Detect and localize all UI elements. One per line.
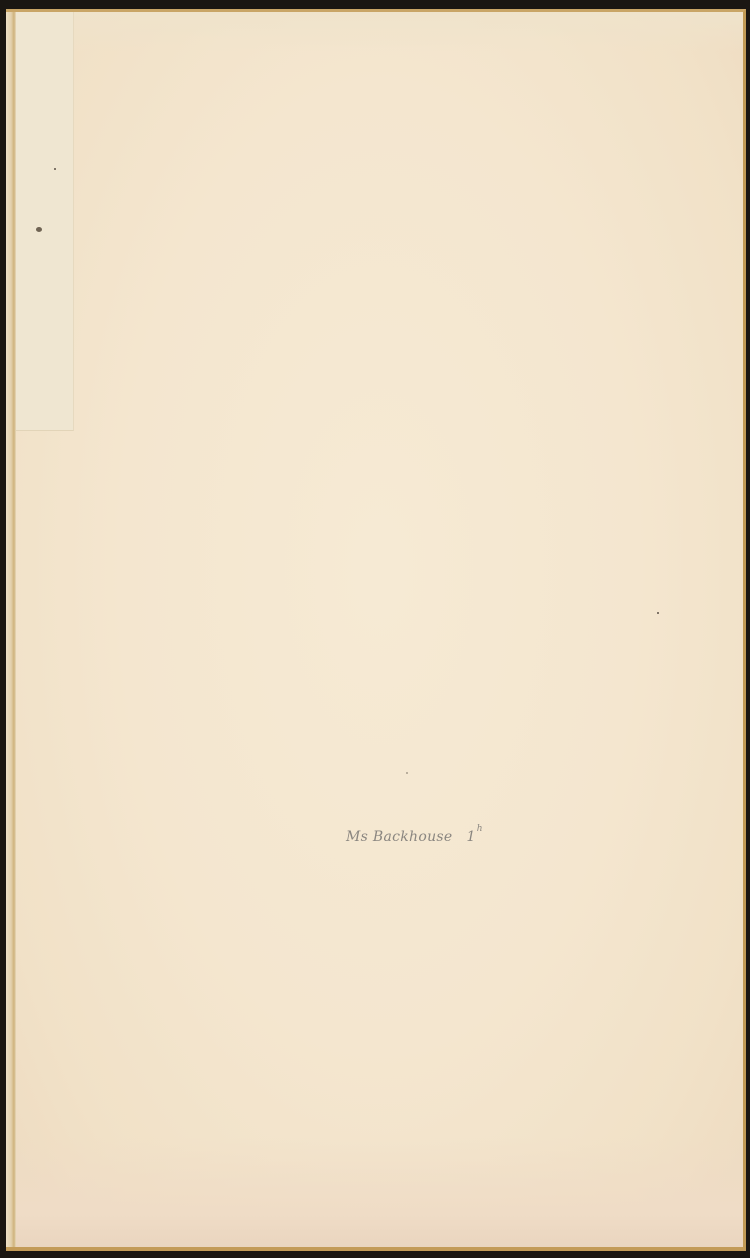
paper-speck xyxy=(657,612,659,614)
paper-speck xyxy=(54,168,56,170)
binding-gutter xyxy=(6,12,16,1247)
page-surface xyxy=(16,12,743,1247)
ink-stain xyxy=(36,227,42,232)
paper-speck xyxy=(406,772,408,774)
inscription-number: 1 xyxy=(466,829,475,845)
manuscript-page: Ms Backhouse1h xyxy=(6,9,746,1251)
pencil-inscription: Ms Backhouse1h xyxy=(346,824,483,845)
top-shading xyxy=(16,12,743,52)
inscription-superscript: h xyxy=(477,824,483,834)
scan-viewport: Ms Backhouse1h xyxy=(0,0,750,1258)
bottom-shading xyxy=(16,1137,743,1247)
inscription-text: Ms Backhouse xyxy=(346,829,452,845)
pasted-paper-strip xyxy=(16,12,74,431)
